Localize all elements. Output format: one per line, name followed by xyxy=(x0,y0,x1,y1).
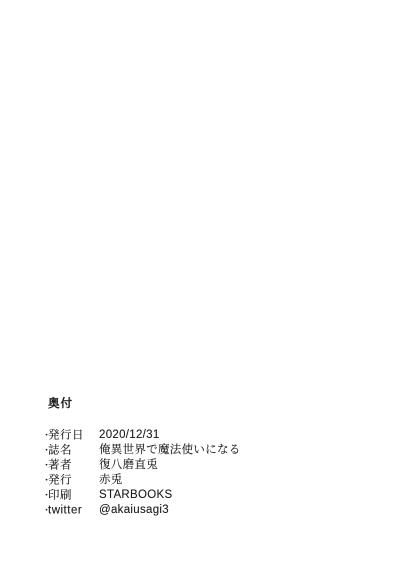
colophon-rows: ・発行日2020/12/31 ・誌名俺異世界で魔法使いになる ・著者復八磨直兎 … xyxy=(42,428,241,519)
colophon-row-printer: ・印刷STARBOOKS xyxy=(42,488,241,503)
row-label: 著者 xyxy=(48,460,72,472)
row-value: 赤兎 xyxy=(99,474,123,486)
row-label-box: ・発行日 xyxy=(42,428,99,443)
colophon-row-publisher: ・発行赤兎 xyxy=(42,473,241,488)
row-label: 発行 xyxy=(48,475,72,487)
colophon-row-publication-date: ・発行日2020/12/31 xyxy=(42,428,241,443)
row-value: @akaiusagi3 xyxy=(99,504,169,516)
row-label-box: ・twitter xyxy=(42,503,99,518)
row-value: STARBOOKS xyxy=(99,489,172,501)
row-label: 発行日 xyxy=(48,430,84,442)
row-value: 俺異世界で魔法使いになる xyxy=(99,444,241,456)
scanned-colophon-page: 奥付 ・発行日2020/12/31 ・誌名俺異世界で魔法使いになる ・著者復八磨… xyxy=(0,0,400,565)
colophon-heading: 奥付 xyxy=(48,398,241,411)
row-label-box: ・著者 xyxy=(42,458,99,473)
row-value: 復八磨直兎 xyxy=(99,459,158,471)
row-label: twitter xyxy=(48,505,82,517)
row-label: 印刷 xyxy=(48,490,72,502)
row-value: 2020/12/31 xyxy=(99,429,160,441)
row-label-box: ・誌名 xyxy=(42,443,99,458)
colophon-row-twitter: ・twitter@akaiusagi3 xyxy=(42,503,241,518)
colophon-row-author: ・著者復八磨直兎 xyxy=(42,458,241,473)
row-label-box: ・印刷 xyxy=(42,488,99,503)
row-label: 誌名 xyxy=(48,445,72,457)
colophon-row-title: ・誌名俺異世界で魔法使いになる xyxy=(42,443,241,458)
row-label-box: ・発行 xyxy=(42,473,99,488)
colophon-block: 奥付 ・発行日2020/12/31 ・誌名俺異世界で魔法使いになる ・著者復八磨… xyxy=(42,398,241,519)
